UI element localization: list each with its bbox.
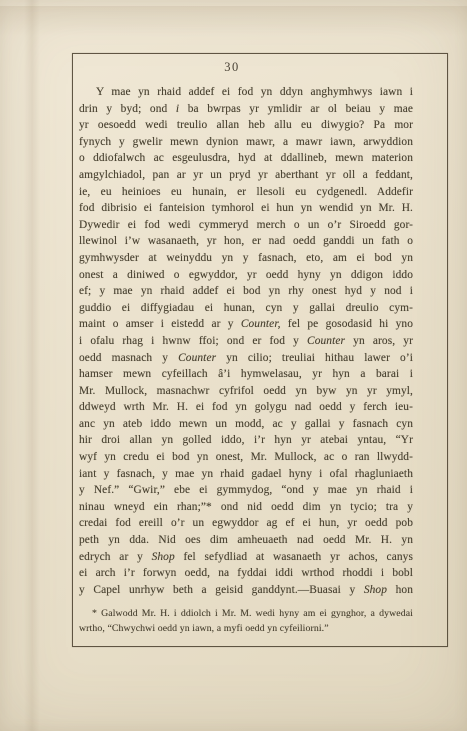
footnote: * Galwodd Mr. H. i ddiolch i Mr. M. wedi… xyxy=(79,607,413,637)
text-line: y Capel unrhyw beth a geisid ganddynt.—B… xyxy=(79,582,413,599)
text-segment: yn aros, yr xyxy=(345,335,413,347)
text-line: peth yn dda. Nid oes dim amheuaeth nad o… xyxy=(79,532,413,549)
text-segment: yr oesoedd wedi treulio allan heb allu e… xyxy=(79,119,413,131)
text-line: edrych ar y Shop fel sefydliad at wasana… xyxy=(79,549,413,566)
paper-crease xyxy=(24,0,40,731)
text-line: fynych y gwelir mewn dynion mawr, a mawr… xyxy=(79,134,413,151)
text-segment: gymhwysder at weinyddu yn y fasnach, eto… xyxy=(79,252,413,264)
text-line: llewinol i’w wasanaeth, yr hon, er nad o… xyxy=(79,233,413,250)
text-line: Mr. Mullock, masnachwr cyfrifol oedd yn … xyxy=(79,383,413,400)
italic-text: Shop xyxy=(364,584,387,596)
text-line: ef; y mae yn rhaid addef ei bod yn rhy o… xyxy=(79,283,413,300)
text-line: i ofalu rhag i hwnw ffoi; ond er fod y C… xyxy=(79,333,413,350)
text-segment: y Nef.” “Gwir,” ebe ei gymmydog, “ond y … xyxy=(79,484,413,496)
text-segment: fel pe gosodasid hi yno xyxy=(281,318,413,330)
text-line: ei arch i’r forwyn oedd, na fyddai iddi … xyxy=(79,565,413,582)
text-segment: ie, eu heinioes eu hunain, er llesoli eu… xyxy=(79,186,413,198)
text-segment: anc yn ateb iddo mewn un modd, ac y gall… xyxy=(79,418,413,430)
italic-text: Counter, xyxy=(241,318,281,330)
text-segment: yn cilio; treuliai hithau lawer o’i xyxy=(216,352,413,364)
page-body-text: Y mae yn rhaid addef ei fod yn ddyn angh… xyxy=(79,84,413,598)
text-segment: hon xyxy=(387,584,413,596)
text-line: oedd masnach y Counter yn cilio; treulia… xyxy=(79,350,413,367)
text-segment: * Galwodd Mr. H. i ddiolch i Mr. M. wedi… xyxy=(92,608,413,619)
text-segment: fel sefydliad at wasanaeth yr achos, can… xyxy=(175,551,413,563)
text-line: guddio ei diffygiadau ei hunan, cyn y ga… xyxy=(79,300,413,317)
footnote-line: * Galwodd Mr. H. i ddiolch i Mr. M. wedi… xyxy=(79,607,413,622)
text-line: onest a diniwed o egwyddor, yr oedd hyny… xyxy=(79,267,413,284)
text-segment: edrych ar y xyxy=(79,551,152,563)
italic-text: Shop xyxy=(152,551,175,563)
text-line: anc yn ateb iddo mewn un modd, ac y gall… xyxy=(79,416,413,433)
text-segment: credai fod ereill o’r un egwyddor ag ef … xyxy=(79,517,413,529)
text-segment: peth yn dda. Nid oes dim amheuaeth nad o… xyxy=(79,534,413,546)
text-line: ninau wneyd ein rhan;”* ond nid oedd dim… xyxy=(79,499,413,516)
text-segment: fynych y gwelir mewn dynion mawr, a mawr… xyxy=(79,136,413,148)
text-segment: o ddiofalwch ac esgeulusdra, hyd at ddal… xyxy=(79,152,413,164)
text-segment: Mr. Mullock, masnachwr cyfrifol oedd yn … xyxy=(79,385,413,397)
scanned-book-page: 30 Y mae yn rhaid addef ei fod yn ddyn a… xyxy=(0,0,467,731)
text-segment: wrtho, “Chwychwi oedd yn iawn, a myfi oe… xyxy=(79,623,329,634)
text-segment: y Capel unrhyw beth a geisid ganddynt.—B… xyxy=(79,584,364,596)
text-segment: llewinol i’w wasanaeth, yr hon, er nad o… xyxy=(79,235,413,247)
text-line: Dywedir ei fod wedi cymmeryd merch o un … xyxy=(79,217,413,234)
text-segment: wyf yn credu ei bod yn onest, Mr. Mulloc… xyxy=(79,451,413,463)
paper-fold-texture xyxy=(0,6,467,36)
text-segment: guddio ei diffygiadau ei hunan, cyn y ga… xyxy=(79,302,413,314)
text-segment: ba bwrpas yr ymlidir ar ol beiau y mae xyxy=(179,103,413,115)
text-line: gymhwysder at weinyddu yn y fasnach, eto… xyxy=(79,250,413,267)
text-segment: iant y fasnach, y mae yn rhaid gadael hy… xyxy=(79,468,413,480)
text-segment: fod dibrisio ei fanteision tymhorol ei h… xyxy=(79,202,413,214)
text-segment: ef; y mae yn rhaid addef ei bod yn rhy o… xyxy=(79,285,413,297)
page-number: 30 xyxy=(79,60,413,75)
text-line: Y mae yn rhaid addef ei fod yn ddyn angh… xyxy=(79,84,413,101)
text-line: yr oesoedd wedi treulio allan heb allu e… xyxy=(79,117,413,134)
text-line: ddweyd wrth Mr. H. ei fod yn golygu nad … xyxy=(79,399,413,416)
text-line: amgylchiadol, pan ar yr un pryd yr abert… xyxy=(79,167,413,184)
text-segment: ddweyd wrth Mr. H. ei fod yn golygu nad … xyxy=(79,401,413,413)
text-line: wyf yn credu ei bod yn onest, Mr. Mulloc… xyxy=(79,449,413,466)
text-segment: oedd masnach y xyxy=(79,352,178,364)
italic-text: Counter xyxy=(178,352,216,364)
text-line: hamser mewn cyfeillach â’i hymwelasau, y… xyxy=(79,366,413,383)
text-segment: hamser mewn cyfeillach â’i hymwelasau, y… xyxy=(79,368,413,380)
text-line: hir droi allan yn golled iddo, i’r hyn y… xyxy=(79,432,413,449)
text-segment: ei arch i’r forwyn oedd, na fyddai iddi … xyxy=(79,567,413,579)
text-line: iant y fasnach, y mae yn rhaid gadael hy… xyxy=(79,466,413,483)
text-line: ie, eu heinioes eu hunain, er llesoli eu… xyxy=(79,184,413,201)
text-segment: Dywedir ei fod wedi cymmeryd merch o un … xyxy=(79,219,413,231)
text-segment: ninau wneyd ein rhan;”* ond nid oedd dim… xyxy=(79,501,413,513)
text-segment: drin y byd; ond xyxy=(79,103,176,115)
text-segment: amgylchiadol, pan ar yr un pryd yr abert… xyxy=(79,169,413,181)
text-line: drin y byd; ond i ba bwrpas yr ymlidir a… xyxy=(79,101,413,118)
text-line: fod dibrisio ei fanteision tymhorol ei h… xyxy=(79,200,413,217)
text-segment: onest a diniwed o egwyddor, yr oedd hyny… xyxy=(79,269,413,281)
text-segment: Y mae yn rhaid addef ei fod yn ddyn angh… xyxy=(96,86,413,98)
footnote-line: wrtho, “Chwychwi oedd yn iawn, a myfi oe… xyxy=(79,622,413,637)
italic-text: Counter xyxy=(307,335,345,347)
text-segment: i ofalu rhag i hwnw ffoi; ond er fod y xyxy=(79,335,307,347)
text-line: maint o amser i eistedd ar y Counter, fe… xyxy=(79,316,413,333)
text-line: y Nef.” “Gwir,” ebe ei gymmydog, “ond y … xyxy=(79,482,413,499)
text-segment: hir droi allan yn golled iddo, i’r hyn y… xyxy=(79,434,413,446)
text-line: credai fod ereill o’r un egwyddor ag ef … xyxy=(79,515,413,532)
text-line: o ddiofalwch ac esgeulusdra, hyd at ddal… xyxy=(79,150,413,167)
text-segment: maint o amser i eistedd ar y xyxy=(79,318,241,330)
